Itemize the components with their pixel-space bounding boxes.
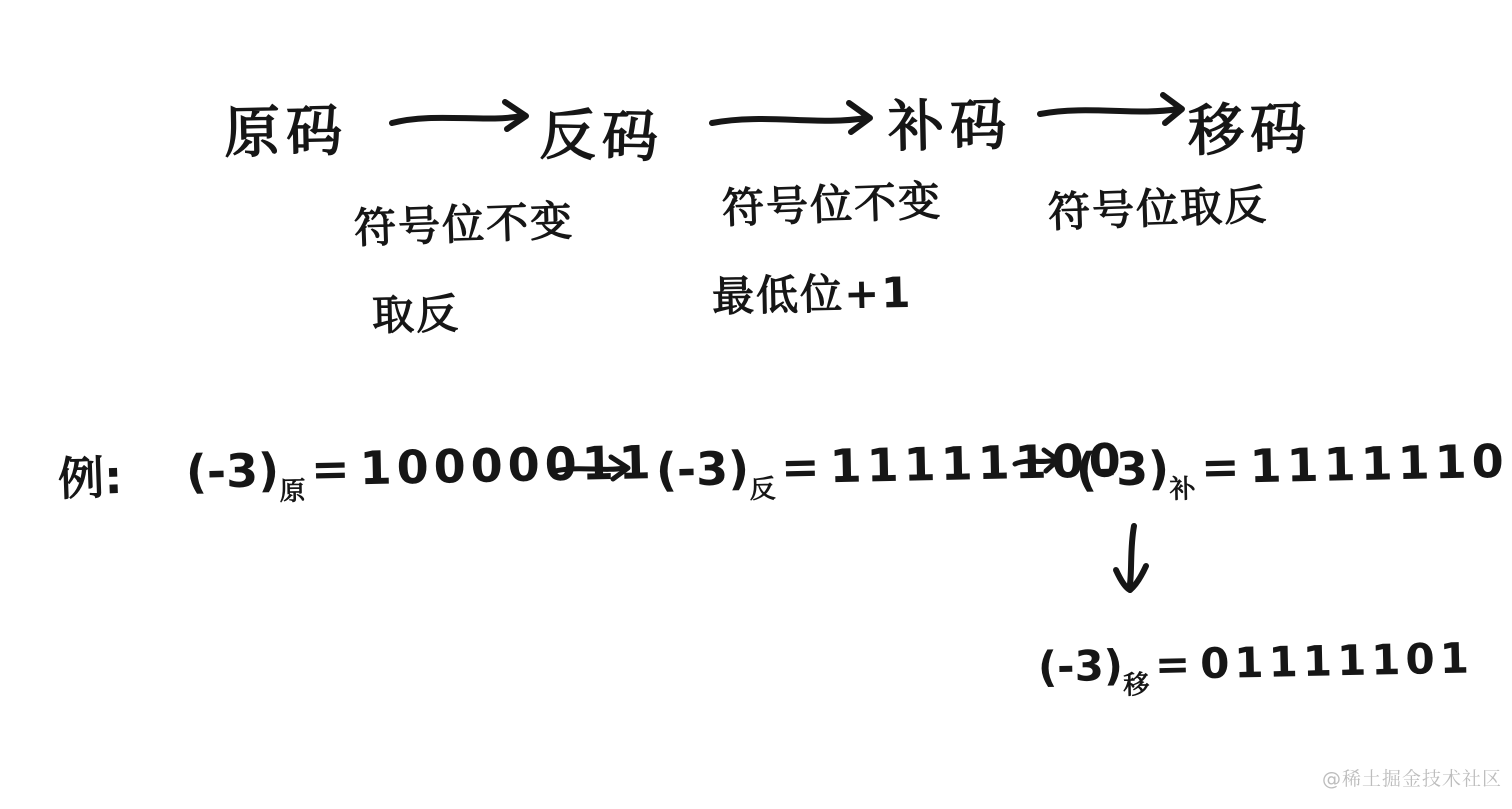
transition2-note-lowest-bit-plus-one: 最低位+1 — [711, 260, 913, 324]
term-subscript: 原 — [279, 476, 306, 507]
term-value: (-3) — [185, 443, 279, 499]
example-final-excess-code: (-3)移=01111101 — [1037, 633, 1474, 703]
term-subscript: 反 — [749, 474, 776, 505]
example-label: 例: — [57, 441, 124, 509]
flow-node-sign-magnitude: 原码 — [223, 87, 349, 170]
arrow-right-icon — [548, 452, 638, 486]
transition3-note-invert-sign-bit: 符号位取反 — [1047, 172, 1269, 240]
term-value: (-3) — [1075, 441, 1169, 497]
binary-value: 11111101 — [1249, 433, 1512, 493]
handwritten-notes-canvas: 原码 反码 补码 移码 符号位不变 取反 符号位不变 最低位+1 符号位取反 例… — [0, 0, 1512, 809]
equals-sign: = — [311, 441, 351, 496]
transition2-note-sign-unchanged: 符号位不变 — [721, 168, 943, 236]
example-step-twos-complement: (-3)补=11111101 — [1075, 433, 1512, 508]
term-subscript: 补 — [1169, 474, 1196, 505]
arrow-right-icon — [1012, 446, 1068, 478]
watermark-juejin-community: @稀土掘金技术社区 — [1322, 764, 1502, 791]
equals-sign: = — [1154, 639, 1190, 689]
flow-node-twos-complement: 补码 — [887, 81, 1013, 164]
equals-sign: = — [781, 439, 821, 494]
term-value: (-3) — [655, 441, 749, 497]
arrow-down-icon — [1108, 522, 1154, 602]
term-subscript: 移 — [1123, 670, 1150, 701]
flow-node-excess-code: 移码 — [1187, 85, 1313, 168]
equals-sign: = — [1201, 439, 1241, 494]
binary-value: 01111101 — [1200, 633, 1475, 688]
transition1-note-invert: 取反 — [371, 281, 460, 343]
transition1-note-sign-unchanged: 符号位不变 — [353, 188, 575, 256]
arrow-right-icon — [388, 96, 540, 140]
arrow-right-icon — [708, 98, 884, 142]
arrow-right-icon — [1036, 90, 1196, 134]
term-value: (-3) — [1037, 641, 1123, 692]
flow-node-ones-complement: 反码 — [539, 91, 665, 174]
